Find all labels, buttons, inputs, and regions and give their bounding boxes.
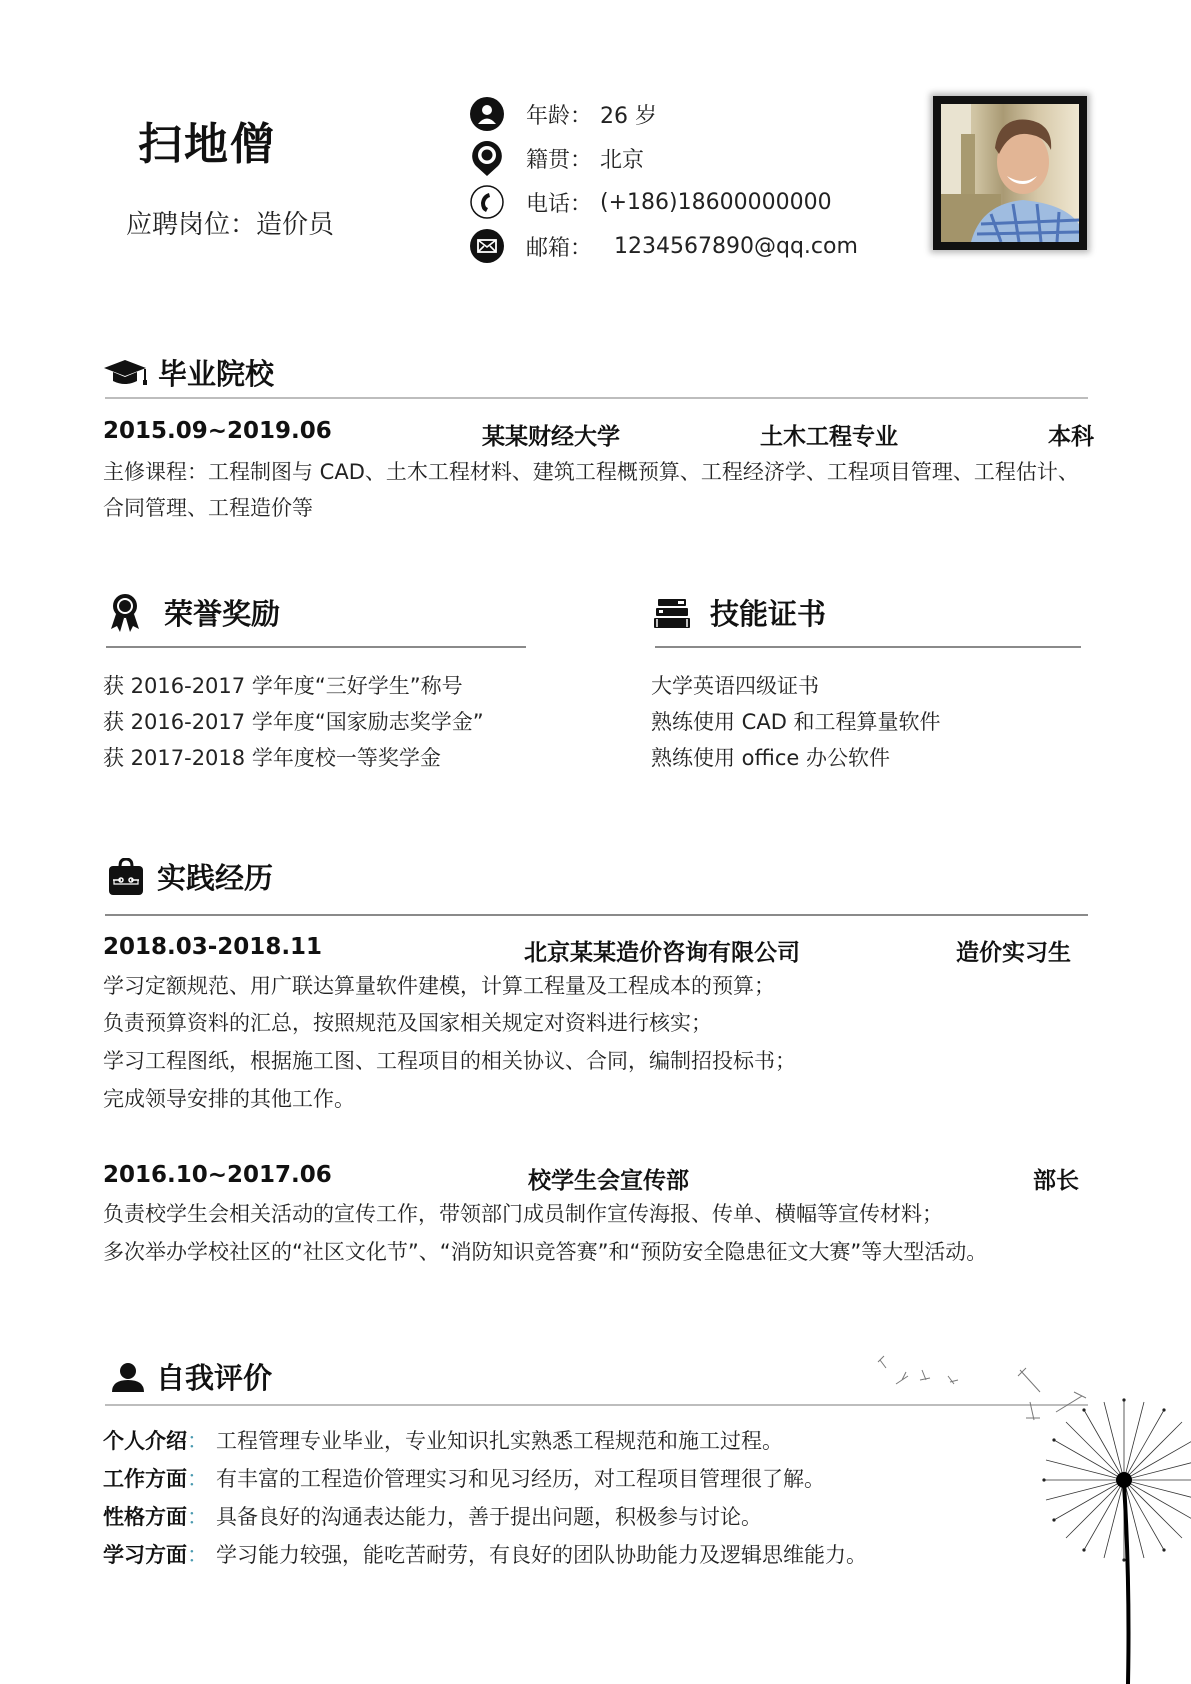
position-value: 造价员 [256,210,334,240]
experience-org: 北京某某造价咨询有限公司 [524,934,800,967]
honor-item: 获 2016-2017 学年度“三好学生”称号 [103,668,463,704]
education-courses-line2: 合同管理、工程造价等 [103,490,313,526]
experience-title: 实践经历 [157,856,273,897]
education-period: 2015.09~2019.06 [103,418,332,444]
section-title-experience: 实践经历 [109,856,273,897]
info-hometown: 籍贯： 北京 [470,138,644,178]
info-phone: 电话： (+186)18600000000 [470,182,832,222]
phone-icon [470,185,504,219]
skills-title: 技能证书 [710,592,826,633]
self-eval-item: 个人介绍：工程管理专业毕业，专业知识扎实熟悉工程规范和施工过程。 [103,1423,783,1459]
skill-item: 大学英语四级证书 [651,668,819,704]
age-value: 26 岁 [600,99,657,130]
age-label: 年龄： [526,99,592,130]
experience-org: 校学生会宣传部 [528,1162,689,1195]
award-ribbon-icon [110,593,140,633]
dandelion-decoration-icon [860,1340,1191,1684]
experience-role: 部长 [1033,1162,1079,1195]
email-value[interactable]: 1234567890@qq.com [600,234,858,259]
self-eval-title: 自我评价 [156,1356,272,1397]
self-eval-item: 学习方面：学习能力较强，能吃苦耐劳，有良好的团队协助能力及逻辑思维能力。 [103,1537,867,1573]
experience-line: 负责预算资料的汇总，按照规范及国家相关规定对资料进行核实； [103,1005,712,1041]
education-school: 某某财经大学 [482,418,620,451]
education-degree: 本科 [1048,418,1094,451]
profile-photo-frame [933,96,1087,250]
briefcase-icon [109,858,143,896]
position-label: 应聘岗位： [126,210,256,240]
email-label: 邮箱： [526,231,592,262]
experience-role: 造价实习生 [956,934,1071,967]
user-silhouette-icon [110,1362,146,1392]
section-divider [106,646,526,648]
self-eval-item: 性格方面：具备良好的沟通表达能力，善于提出问题，积极参与讨论。 [103,1499,762,1535]
honors-title: 荣誉奖励 [164,592,280,633]
section-title-education: 毕业院校 [104,352,274,393]
experience-line: 学习工程图纸，根据施工图、工程项目的相关协议、合同，编制招投标书； [103,1043,796,1079]
experience-line: 完成领导安排的其他工作。 [103,1081,355,1117]
section-title-honors: 荣誉奖励 [110,592,280,633]
section-title-self-evaluation: 自我评价 [110,1356,272,1397]
experience-period: 2016.10~2017.06 [103,1162,332,1188]
self-eval-item: 工作方面：有丰富的工程造价管理实习和见习经历，对工程项目管理很了解。 [103,1461,825,1497]
profile-photo [941,104,1079,242]
skill-item: 熟练使用 office 办公软件 [651,740,890,776]
graduation-cap-icon [104,359,148,387]
info-email: 邮箱： 1234567890@qq.com [470,226,858,266]
honor-item: 获 2017-2018 学年度校一等奖学金 [103,740,441,776]
hometown-label: 籍贯： [526,143,592,174]
info-age: 年龄： 26 岁 [470,94,657,134]
section-divider [105,397,1088,399]
education-courses-line1: 主修课程：工程制图与 CAD、土木工程材料、建筑工程概预算、工程经济学、工程项目… [103,454,1079,490]
candidate-name: 扫地僧 [138,108,276,172]
skill-item: 熟练使用 CAD 和工程算量软件 [651,704,941,740]
phone-label: 电话： [526,187,592,218]
section-title-skills: 技能证书 [654,592,826,633]
person-icon [470,97,504,131]
section-divider [105,914,1088,916]
envelope-icon [470,229,504,263]
education-title: 毕业院校 [158,352,274,393]
section-divider [655,646,1081,648]
location-pin-icon [470,141,504,175]
books-stack-icon [654,597,690,629]
experience-line: 多次举办学校社区的“社区文化节”、“消防知识竞答赛”和“预防安全隐患征文大赛”等… [103,1234,987,1270]
hometown-value: 北京 [600,143,644,174]
experience-line: 学习定额规范、用广联达算量软件建模，计算工程量及工程成本的预算； [103,968,775,1004]
phone-value[interactable]: (+186)18600000000 [600,190,832,215]
honor-item: 获 2016-2017 学年度“国家励志奖学金” [103,704,484,740]
experience-line: 负责校学生会相关活动的宣传工作，带领部门成员制作宣传海报、传单、横幅等宣传材料； [103,1196,943,1232]
experience-period: 2018.03-2018.11 [103,934,322,960]
education-major: 土木工程专业 [760,418,898,451]
job-position: 应聘岗位：造价员 [126,204,334,241]
